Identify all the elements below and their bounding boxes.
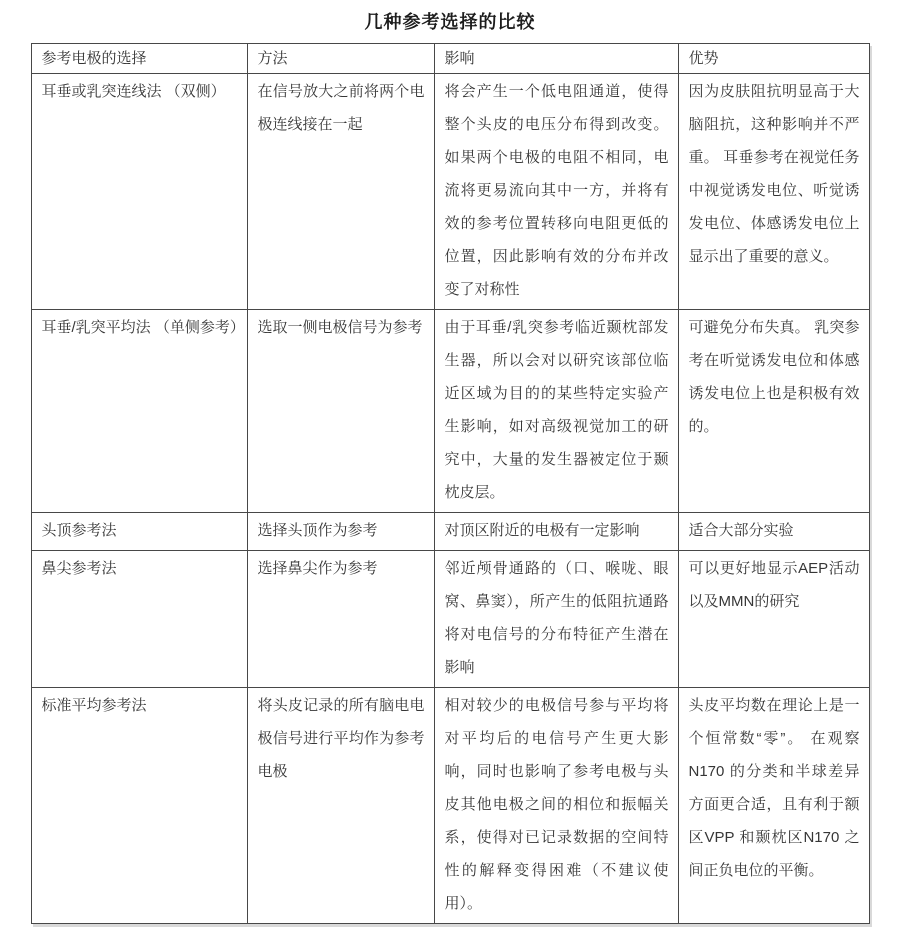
cell-selection: 耳垂或乳突连线法 （双侧） xyxy=(31,74,247,310)
page-title: 几种参考选择的比较 xyxy=(0,8,900,34)
table-row: 耳垂/乳突平均法 （单侧参考） 选取一侧电极信号为参考 由于耳垂/乳突参考临近颞… xyxy=(31,310,869,513)
table-row: 头顶参考法 选择头顶作为参考 对顶区附近的电极有一定影响 适合大部分实验 xyxy=(31,513,869,551)
table-row: 耳垂或乳突连线法 （双侧） 在信号放大之前将两个电极连线接在一起 将会产生一个低… xyxy=(31,74,869,310)
cell-selection: 头顶参考法 xyxy=(31,513,247,551)
cell-advantage: 头皮平均数在理论上是一个恒常数“零”。 在观察N170 的分类和半球差异方面更合… xyxy=(678,688,869,924)
cell-advantage: 可以更好地显示AEP活动以及MMN的研究 xyxy=(678,551,869,688)
cell-advantage: 因为皮肤阻抗明显高于大脑阻抗，这种影响并不严重。 耳垂参考在视觉任务中视觉诱发电… xyxy=(678,74,869,310)
comparison-table: 参考电极的选择 方法 影响 优势 耳垂或乳突连线法 （双侧） 在信号放大之前将两… xyxy=(31,43,870,924)
col-header-selection: 参考电极的选择 xyxy=(31,44,247,74)
page: 几种参考选择的比较 参考电极的选择 方法 影响 优势 耳垂或乳突连线法 （双侧）… xyxy=(0,0,900,943)
cell-method: 选择头顶作为参考 xyxy=(247,513,434,551)
cell-selection: 标准平均参考法 xyxy=(31,688,247,924)
cell-method: 选取一侧电极信号为参考 xyxy=(247,310,434,513)
table-row: 标准平均参考法 将头皮记录的所有脑电电极信号进行平均作为参考电极 相对较少的电极… xyxy=(31,688,869,924)
cell-advantage: 适合大部分实验 xyxy=(678,513,869,551)
cell-selection: 鼻尖参考法 xyxy=(31,551,247,688)
col-header-method: 方法 xyxy=(247,44,434,74)
cell-selection: 耳垂/乳突平均法 （单侧参考） xyxy=(31,310,247,513)
cell-influence: 邻近颅骨通路的（口、喉咙、眼窝、鼻窦），所产生的低阻抗通路将对电信号的分布特征产… xyxy=(434,551,678,688)
cell-method: 将头皮记录的所有脑电电极信号进行平均作为参考电极 xyxy=(247,688,434,924)
cell-advantage: 可避免分布失真。 乳突参考在听觉诱发电位和体感诱发电位上也是积极有效的。 xyxy=(678,310,869,513)
header-row: 参考电极的选择 方法 影响 优势 xyxy=(31,44,869,74)
cell-influence: 将会产生一个低电阻通道，使得整个头皮的电压分布得到改变。如果两个电极的电阻不相同… xyxy=(434,74,678,310)
cell-influence: 由于耳垂/乳突参考临近颞枕部发生器，所以会对以研究该部位临近区域为目的的某些特定… xyxy=(434,310,678,513)
cell-method: 选择鼻尖作为参考 xyxy=(247,551,434,688)
cell-influence: 相对较少的电极信号参与平均将对平均后的电信号产生更大影响，同时也影响了参考电极与… xyxy=(434,688,678,924)
col-header-advantage: 优势 xyxy=(678,44,869,74)
table-row: 鼻尖参考法 选择鼻尖作为参考 邻近颅骨通路的（口、喉咙、眼窝、鼻窦），所产生的低… xyxy=(31,551,869,688)
cell-method: 在信号放大之前将两个电极连线接在一起 xyxy=(247,74,434,310)
col-header-influence: 影响 xyxy=(434,44,678,74)
cell-influence: 对顶区附近的电极有一定影响 xyxy=(434,513,678,551)
